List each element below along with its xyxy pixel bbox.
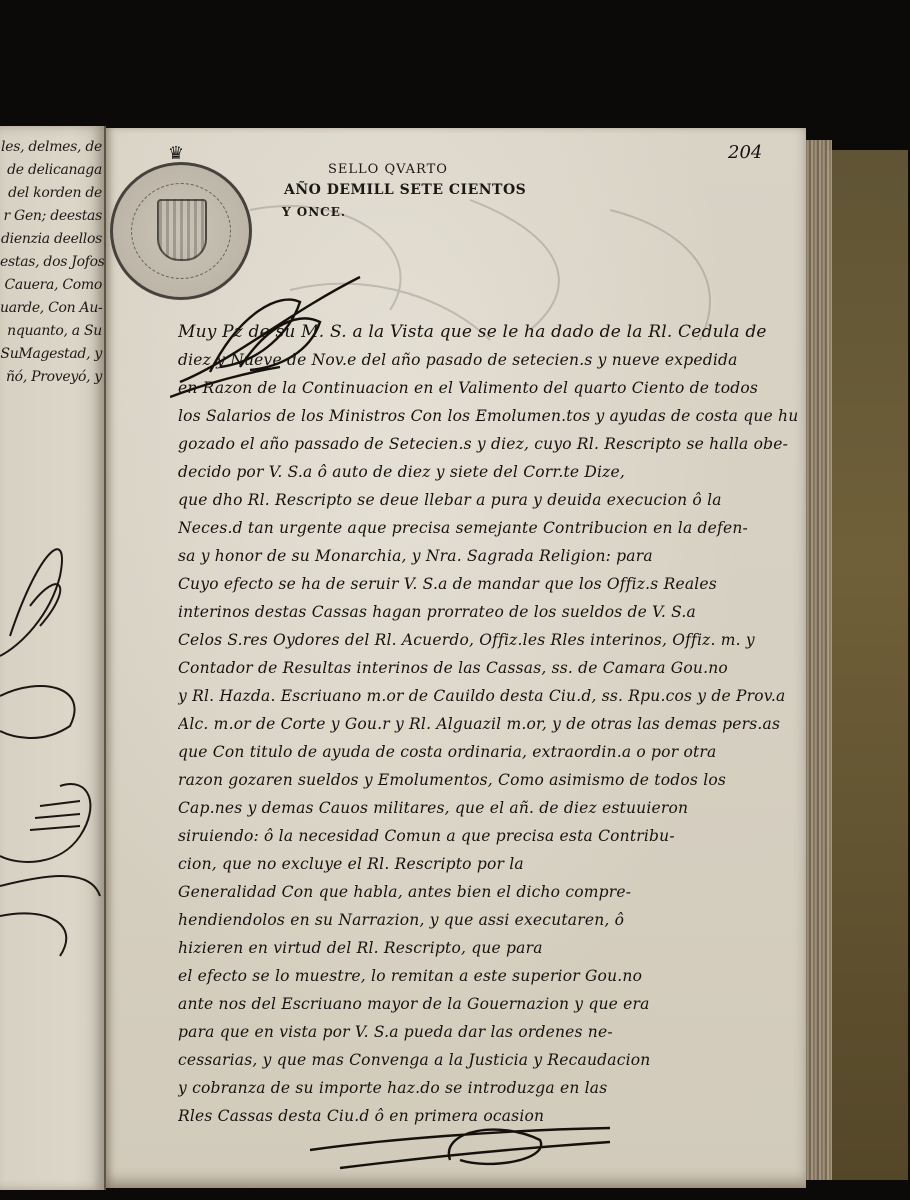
- manuscript-line: Rles Cassas desta Ciu.d ô en primera oca…: [178, 1102, 798, 1130]
- manuscript-line: decido por V. S.a ô auto de diez y siete…: [178, 458, 798, 486]
- manuscript-line: Cap.nes y demas Cauos militares, que el …: [178, 794, 798, 822]
- manuscript-line: los Salarios de los Ministros Con los Em…: [178, 402, 798, 430]
- left-line: Cauera, Como: [0, 274, 104, 297]
- stamp-line-2: AÑO DEMILL SETE CIENTOS: [284, 182, 526, 198]
- manuscript-line: y Rl. Hazda. Escriuano m.or de Cauildo d…: [178, 682, 798, 710]
- manuscript-line: para que en vista por V. S.a pueda dar l…: [178, 1018, 798, 1046]
- manuscript-line: que Con titulo de ayuda de costa ordinar…: [178, 738, 798, 766]
- crown-icon: ♛: [166, 144, 186, 164]
- manuscript-line: que dho Rl. Rescripto se deue llebar a p…: [178, 486, 798, 514]
- left-line: ñó, Proveyó, y: [0, 366, 104, 389]
- manuscript-line: cion, que no excluye el Rl. Rescripto po…: [178, 850, 798, 878]
- manuscript-line: y cobranza de su importe haz.do se intro…: [178, 1074, 798, 1102]
- left-line: del korden de: [0, 182, 104, 205]
- stamp-line-1: SELLO QVARTO: [328, 162, 448, 177]
- manuscript-line: Muy Pz de su M. S. a la Vista que se le …: [178, 318, 798, 346]
- manuscript-line: Alc. m.or de Corte y Gou.r y Rl. Alguazi…: [178, 710, 798, 738]
- folio-number: 204: [728, 142, 762, 163]
- manuscript-line: Neces.d tan urgente aque precisa semejan…: [178, 514, 798, 542]
- manuscript-line: hendiendolos en su Narrazion, y que assi…: [178, 906, 798, 934]
- manuscript-line: diez y Nueve de Nov.e del año pasado de …: [178, 346, 798, 374]
- manuscript-line: Cuyo efecto se ha de seruir V. S.a de ma…: [178, 570, 798, 598]
- manuscript-line: sa y honor de su Monarchia, y Nra. Sagra…: [178, 542, 798, 570]
- book-cover: [826, 150, 908, 1180]
- left-line: SuMagestad, y: [0, 343, 104, 366]
- manuscript-line: interinos destas Cassas hagan prorrateo …: [178, 598, 798, 626]
- royal-seal-icon: [110, 162, 252, 300]
- manuscript-line: Celos S.res Oydores del Rl. Acuerdo, Off…: [178, 626, 798, 654]
- coat-of-arms-icon: [157, 199, 207, 261]
- left-line: de delicanaga: [0, 159, 104, 182]
- manuscript-line: Contador de Resultas interinos de las Ca…: [178, 654, 798, 682]
- left-line: dienzia deellos: [0, 228, 104, 251]
- manuscript-line: razon gozaren sueldos y Emolumentos, Com…: [178, 766, 798, 794]
- left-line: estas, dos Jofos,: [0, 251, 104, 274]
- left-line: nquanto, a Su: [0, 320, 104, 343]
- manuscript-line: siruiendo: ô la necesidad Comun a que pr…: [178, 822, 798, 850]
- scan-background: les, delmes, de de delicanaga del korden…: [0, 0, 910, 1200]
- manuscript-line: en Razon de la Continuacion en el Valime…: [178, 374, 798, 402]
- stamp-line-3: Y ONCE.: [282, 205, 346, 219]
- manuscript-line: el efecto se lo muestre, lo remitan a es…: [178, 962, 798, 990]
- manuscript-line: ante nos del Escriuano mayor de la Gouer…: [178, 990, 798, 1018]
- manuscript-line: hizieren en virtud del Rl. Rescripto, qu…: [178, 934, 798, 962]
- left-line: uarde, Con Au-: [0, 297, 104, 320]
- left-page: les, delmes, de de delicanaga del korden…: [0, 126, 106, 1190]
- left-page-text: les, delmes, de de delicanaga del korden…: [0, 136, 104, 389]
- manuscript-line: cessarias, y que mas Convenga a la Justi…: [178, 1046, 798, 1074]
- left-line: r Gen; deestas: [0, 205, 104, 228]
- signature-flourish-icon: [0, 486, 104, 966]
- left-line: les, delmes, de: [0, 136, 104, 159]
- manuscript-line: gozado el año passado de Setecien.s y di…: [178, 430, 798, 458]
- manuscript-body: Muy Pz de su M. S. a la Vista que se le …: [178, 318, 798, 1130]
- manuscript-line: Generalidad Con que habla, antes bien el…: [178, 878, 798, 906]
